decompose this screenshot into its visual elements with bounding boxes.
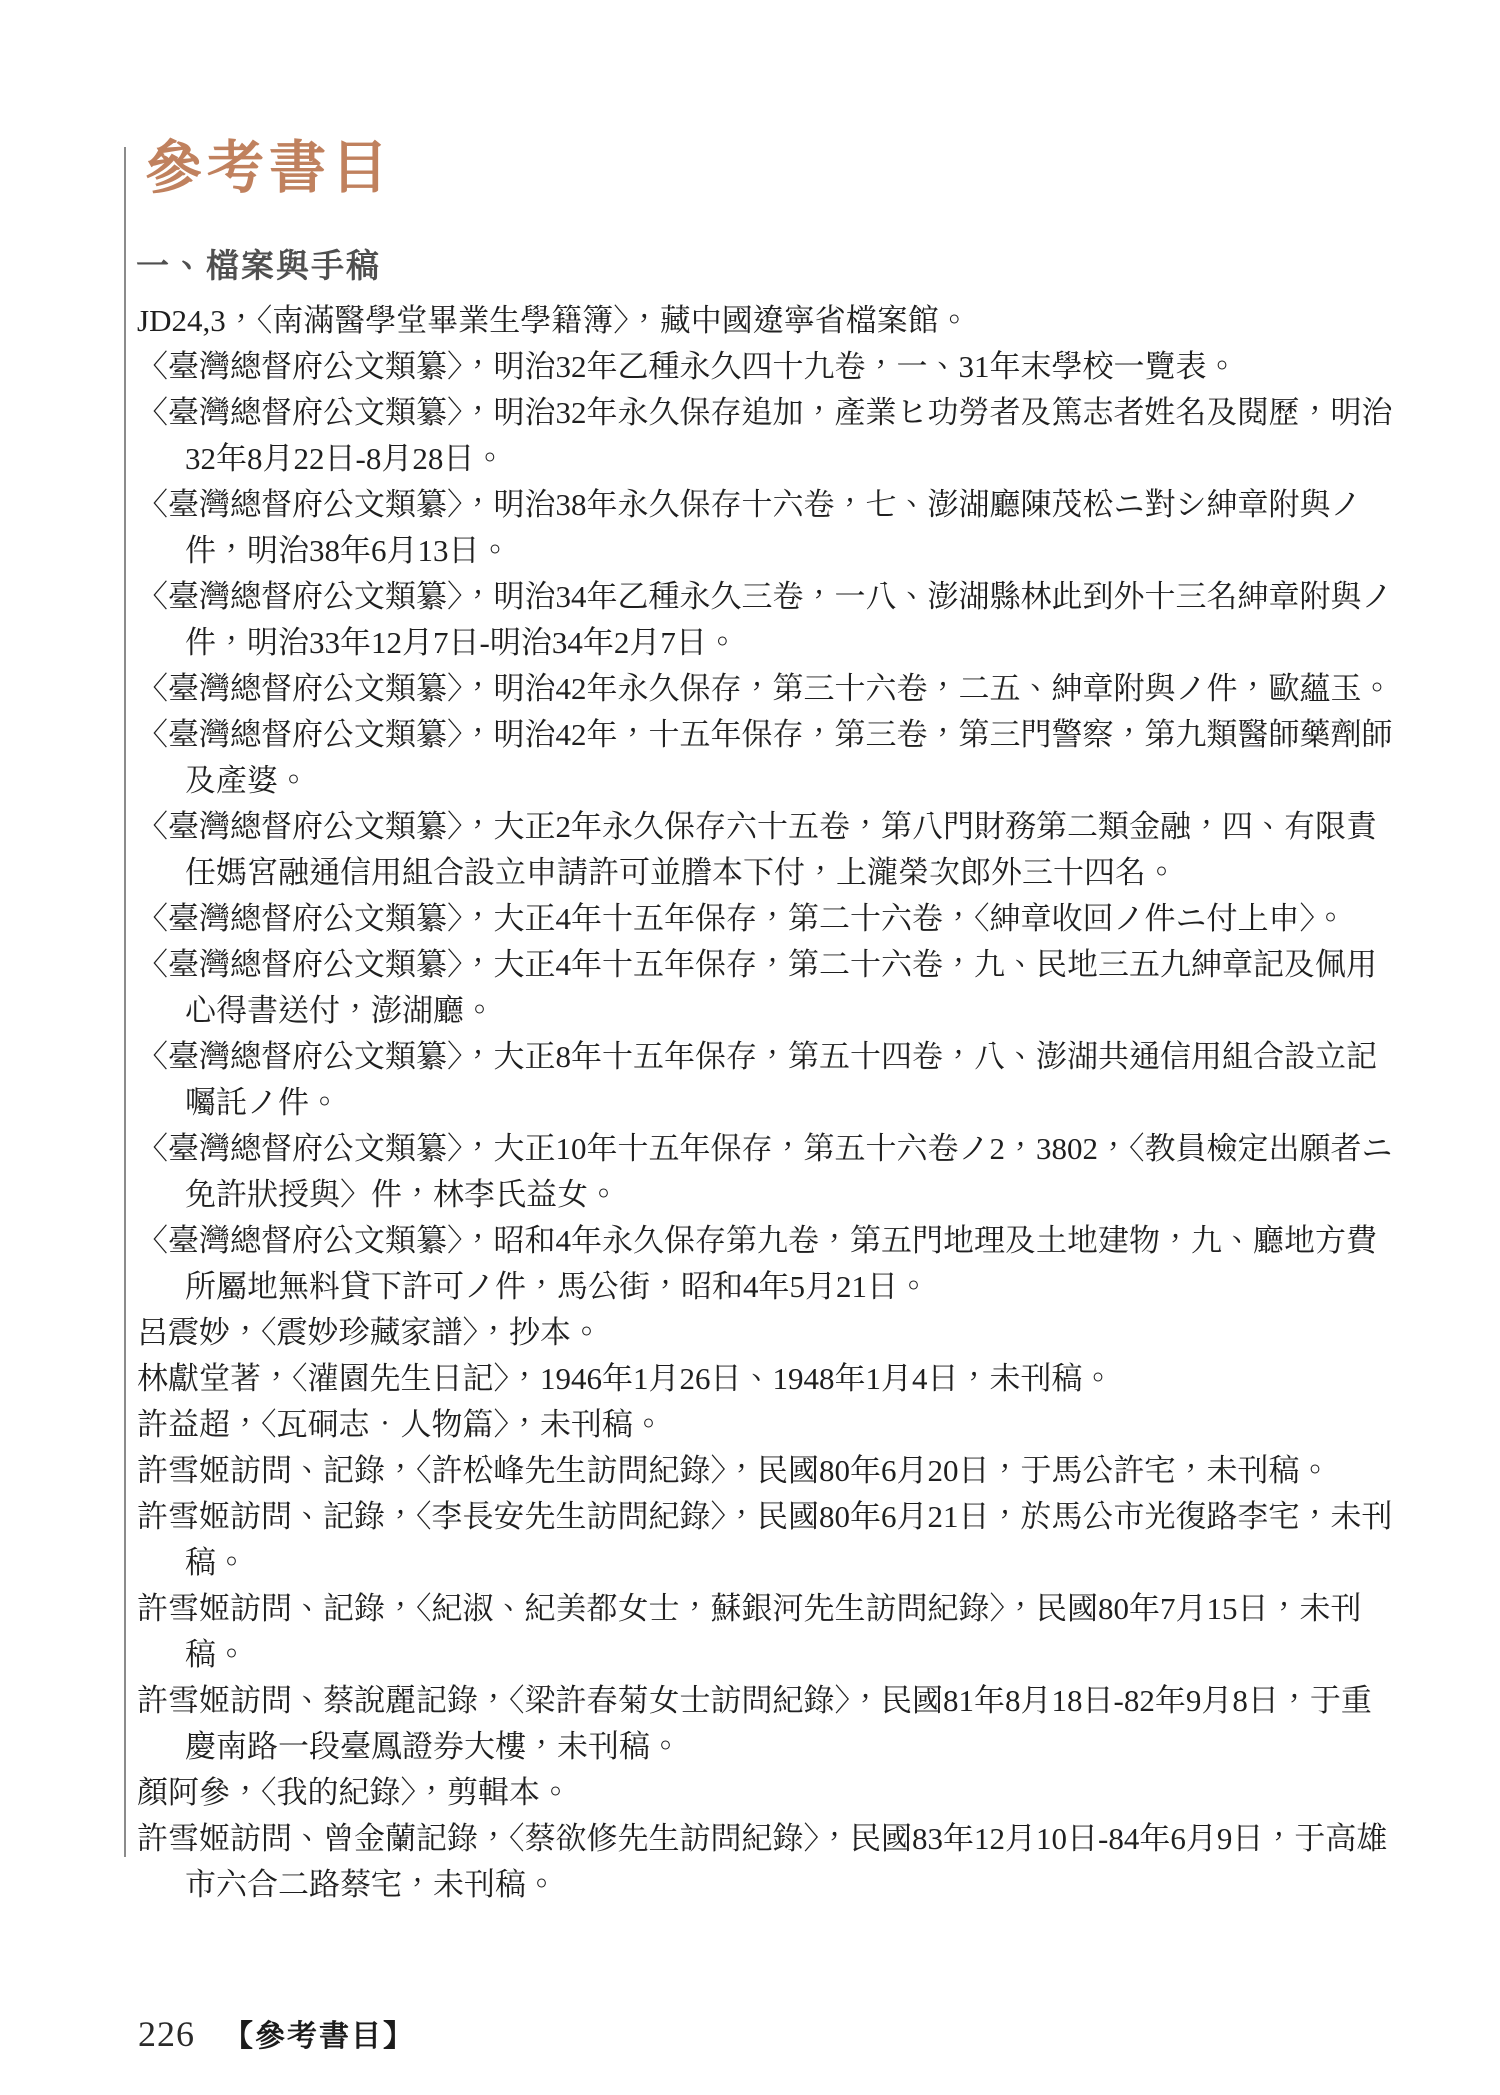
bibliography-entry: 〈臺灣總督府公文類纂〉，昭和4年永久保存第九卷，第五門地理及土地建物，九、廳地方… <box>137 1218 1393 1310</box>
bibliography-entry: 許雪姬訪問、曾金蘭記錄，〈蔡欲修先生訪問紀錄〉，民國83年12月10日-84年6… <box>137 1816 1393 1908</box>
document-page: 參考書目 一、檔案與手稿 JD24,3，〈南滿醫學堂畢業生學籍簿〉，藏中國遼寧省… <box>0 0 1500 2095</box>
section-heading-archives-manuscripts: 一、檔案與手稿 <box>136 246 381 286</box>
bibliography-entry: 〈臺灣總督府公文類纂〉，明治38年永久保存十六卷，七、澎湖廳陳茂松ニ對シ紳章附與… <box>137 482 1393 574</box>
bibliography-entry: 許雪姬訪問、記錄，〈紀淑、紀美都女士，蘇銀河先生訪問紀錄〉，民國80年7月15日… <box>137 1586 1393 1678</box>
bibliography-entry: 顏阿參，〈我的紀錄〉，剪輯本。 <box>137 1770 1393 1816</box>
bibliography-entry: JD24,3，〈南滿醫學堂畢業生學籍簿〉，藏中國遼寧省檔案館。 <box>137 298 1393 344</box>
bibliography-entry: 〈臺灣總督府公文類纂〉，明治32年乙種永久四十九卷，一、31年末學校一覽表。 <box>137 344 1393 390</box>
bibliography-entry: 〈臺灣總督府公文類纂〉，大正8年十五年保存，第五十四卷，八、澎湖共通信用組合設立… <box>137 1034 1393 1126</box>
bibliography-entry: 〈臺灣總督府公文類纂〉，大正4年十五年保存，第二十六卷，九、民地三五九紳章記及佩… <box>137 942 1393 1034</box>
bibliography-entry: 〈臺灣總督府公文類纂〉，明治32年永久保存追加，產業ヒ功勞者及篤志者姓名及閱歷，… <box>137 390 1393 482</box>
left-margin-rule <box>124 147 126 1857</box>
bibliography-entry: 〈臺灣總督府公文類纂〉，明治34年乙種永久三卷，一八、澎湖縣林此到外十三名紳章附… <box>137 574 1393 666</box>
bibliography-entry: 許雪姬訪問、蔡說麗記錄，〈梁許春菊女士訪問紀錄〉，民國81年8月18日-82年9… <box>137 1678 1393 1770</box>
bibliography-list: JD24,3，〈南滿醫學堂畢業生學籍簿〉，藏中國遼寧省檔案館。〈臺灣總督府公文類… <box>137 298 1393 1908</box>
page-footer: 226 【參考書目】 <box>138 2012 415 2059</box>
bibliography-entry: 許雪姬訪問、記錄，〈李長安先生訪問紀錄〉，民國80年6月21日，於馬公市光復路李… <box>137 1494 1393 1586</box>
bibliography-entry: 〈臺灣總督府公文類纂〉，大正10年十五年保存，第五十六卷ノ2，3802，〈教員檢… <box>137 1126 1393 1218</box>
page-number: 226 <box>138 2012 195 2056</box>
bibliography-entry: 許益超，〈瓦硐志．人物篇〉，未刊稿。 <box>137 1402 1393 1448</box>
bibliography-entry: 許雪姬訪問、記錄，〈許松峰先生訪問紀錄〉，民國80年6月20日，于馬公許宅，未刊… <box>137 1448 1393 1494</box>
bibliography-entry: 林獻堂著，〈灌園先生日記〉，1946年1月26日、1948年1月4日，未刊稿。 <box>137 1356 1393 1402</box>
bibliography-entry: 〈臺灣總督府公文類纂〉，大正2年永久保存六十五卷，第八門財務第二類金融，四、有限… <box>137 804 1393 896</box>
bibliography-entry: 呂震妙，〈震妙珍藏家譜〉，抄本。 <box>137 1310 1393 1356</box>
bibliography-entry: 〈臺灣總督府公文類纂〉，明治42年永久保存，第三十六卷，二五、紳章附與ノ件，歐蘊… <box>137 666 1393 712</box>
footer-section-label: 【參考書目】 <box>223 2015 415 2059</box>
bibliography-entry: 〈臺灣總督府公文類纂〉，明治42年，十五年保存，第三卷，第三門警察，第九類醫師藥… <box>137 712 1393 804</box>
page-title: 參考書目 <box>145 138 393 200</box>
bibliography-entry: 〈臺灣總督府公文類纂〉，大正4年十五年保存，第二十六卷，〈紳章收回ノ件ニ付上申〉… <box>137 896 1393 942</box>
